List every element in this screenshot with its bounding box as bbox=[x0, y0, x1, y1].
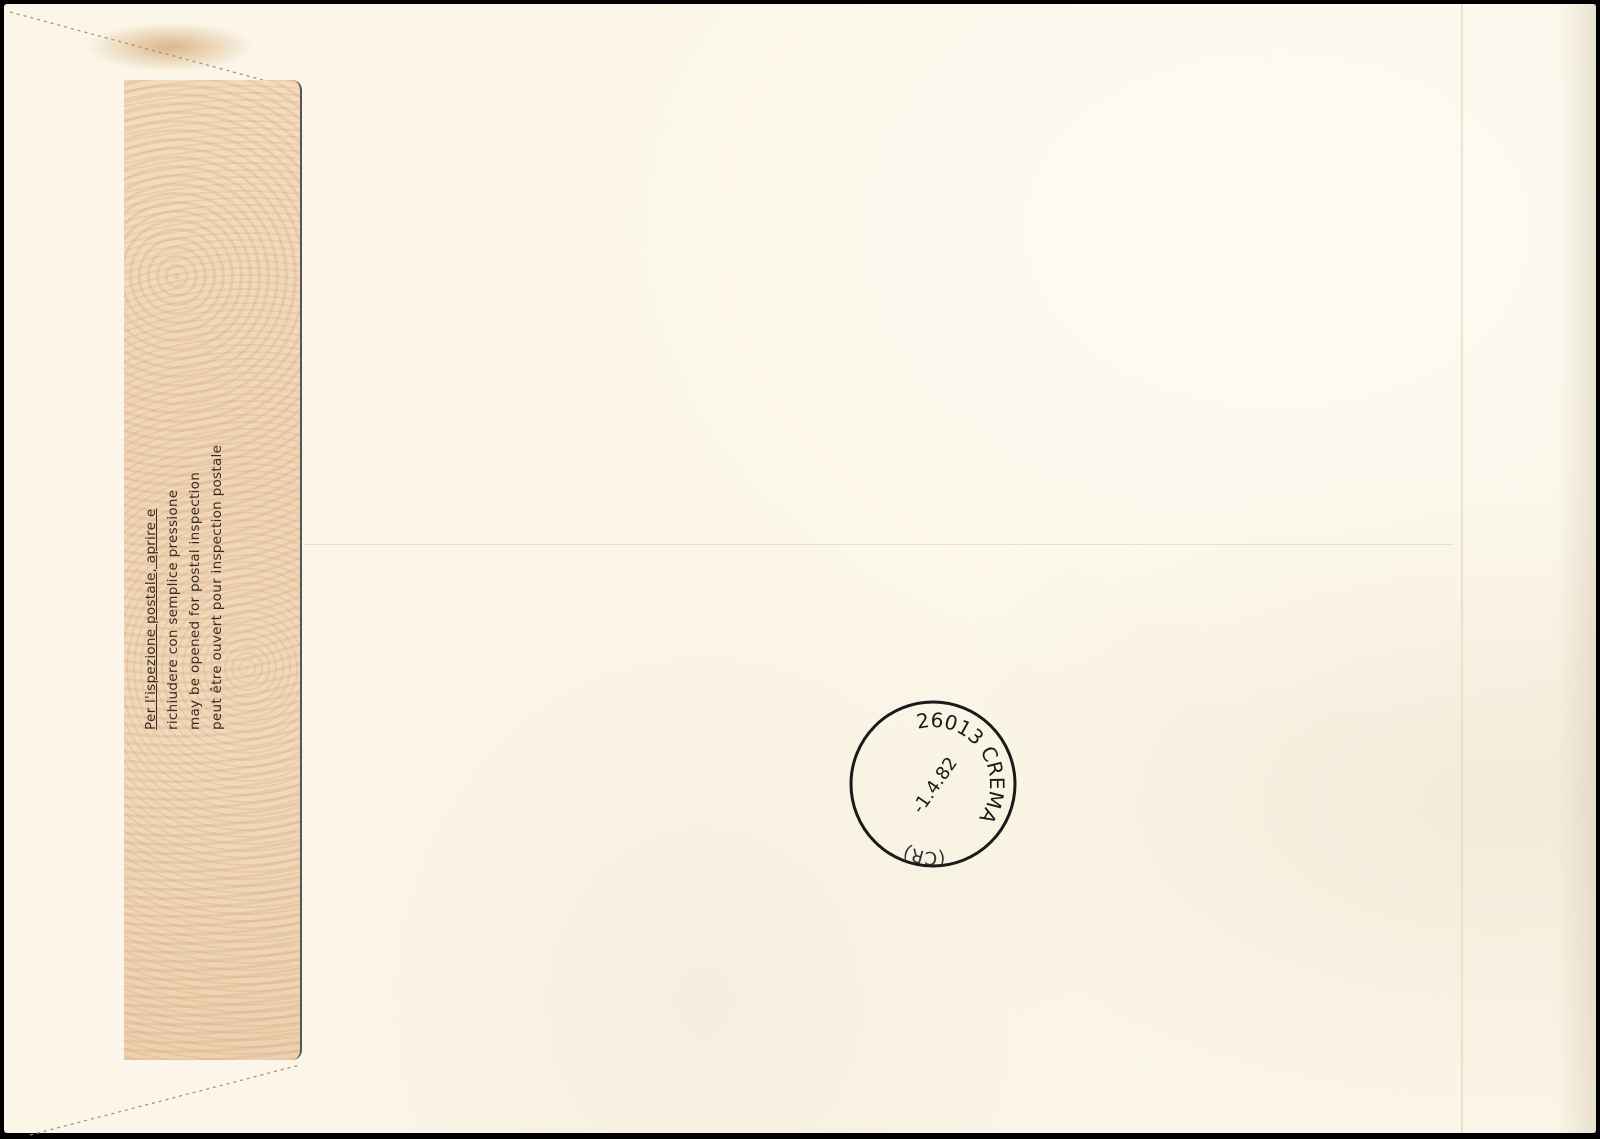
label-line-italian-2: richiudere con semplice pressione bbox=[162, 390, 184, 730]
inspection-label-text: Per l'ispezione postale, aprire e richiu… bbox=[140, 390, 228, 730]
adhesive-stain bbox=[85, 22, 255, 72]
label-line-french: peut être ouvert pour inspection postale bbox=[206, 390, 228, 730]
label-line-italian-1: Per l'ispezione postale, aprire e bbox=[140, 390, 162, 730]
postmark-date: -1.4.82 bbox=[908, 753, 962, 817]
fold-line-vertical bbox=[1461, 4, 1463, 1133]
postmark: 26013 CREMA (CR) -1.4.82 bbox=[846, 697, 1020, 871]
envelope-edge-shadow bbox=[1556, 4, 1596, 1133]
fold-line-horizontal bbox=[304, 544, 1454, 545]
postmark-stamp-icon: 26013 CREMA (CR) -1.4.82 bbox=[846, 697, 1020, 871]
label-line-english: may be opened for postal inspection bbox=[184, 390, 206, 730]
